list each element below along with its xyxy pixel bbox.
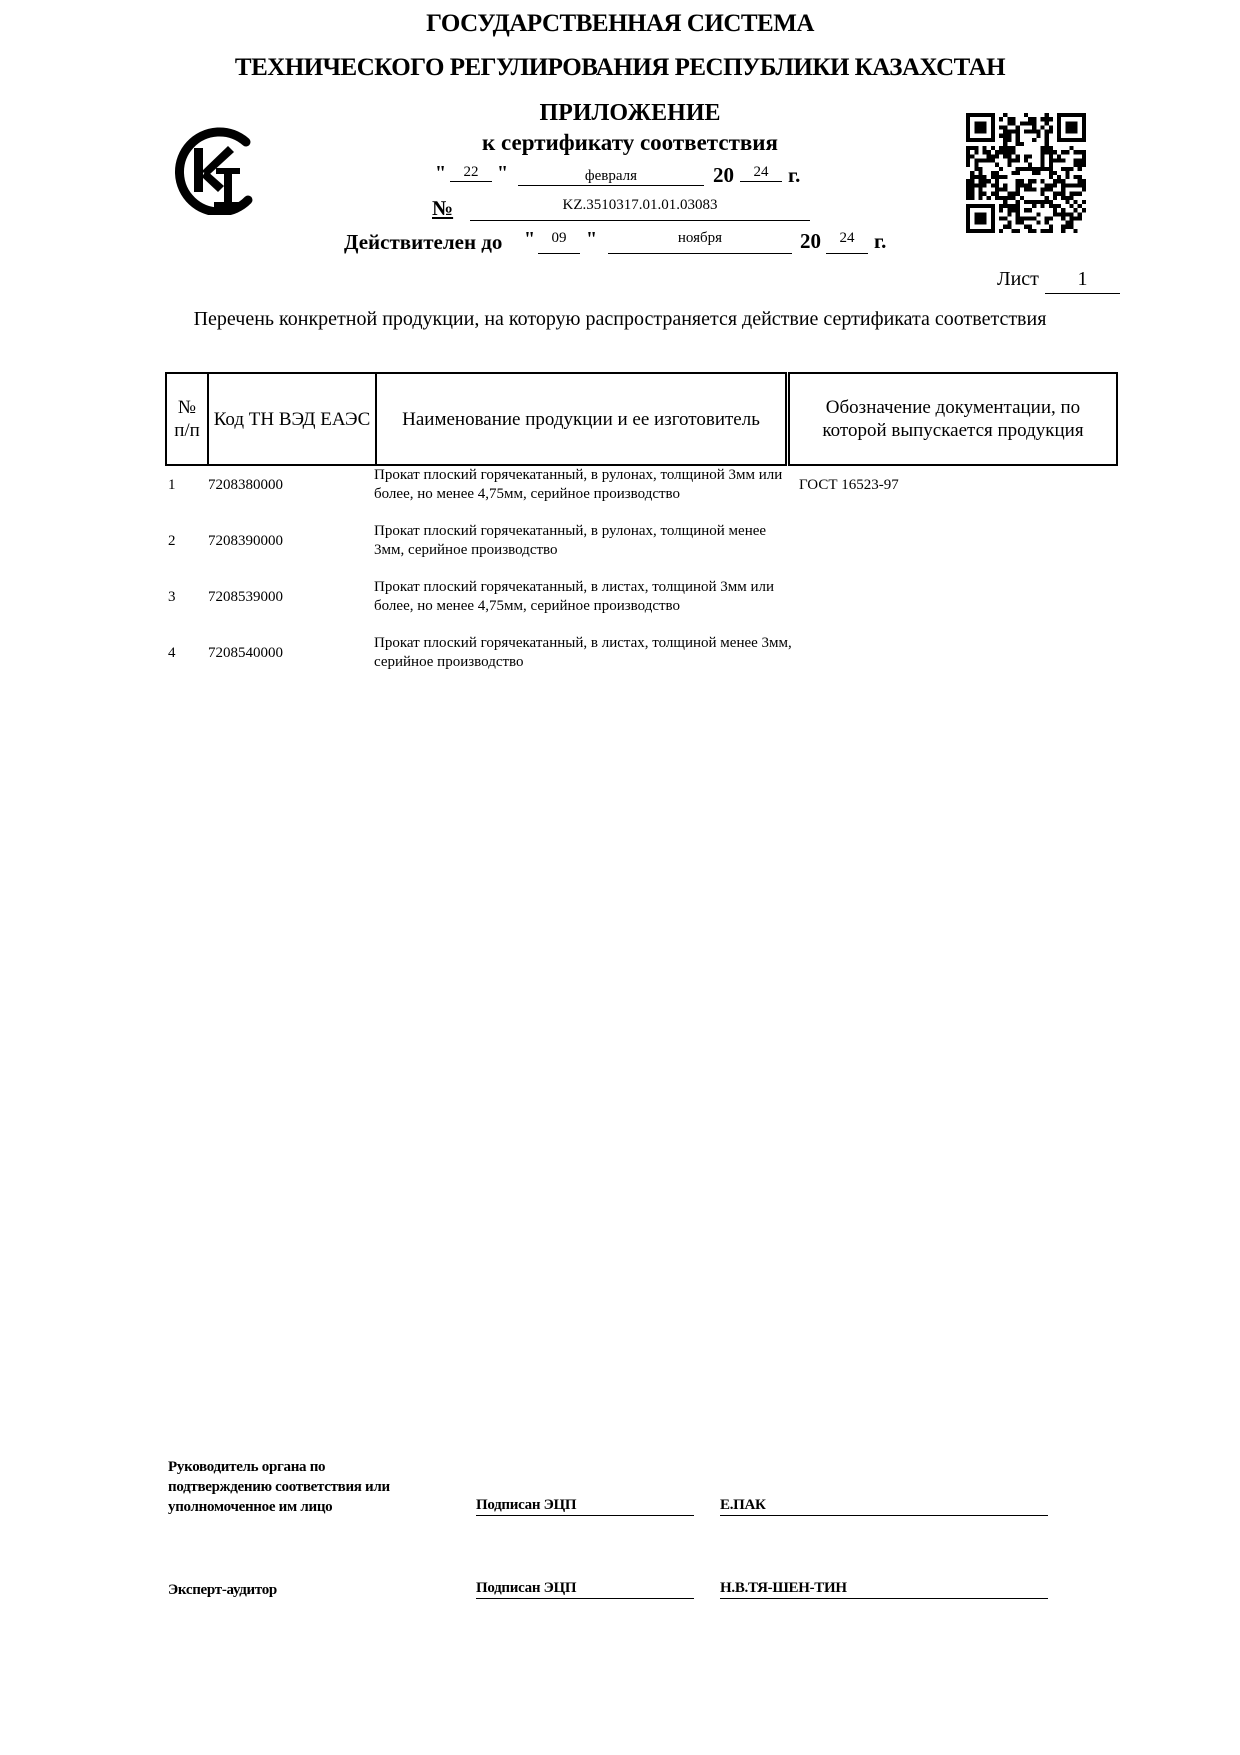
row-product-name: Прокат плоский горячекатанный, в листах,…: [374, 578, 794, 616]
quote-open: ": [435, 162, 446, 185]
row-number: 2: [168, 532, 176, 551]
valid-year: 24: [826, 230, 868, 254]
issue-year: 24: [740, 164, 782, 182]
quote-open-2: ": [524, 228, 535, 251]
row-number: 4: [168, 644, 176, 663]
qr-code-icon: [966, 113, 1086, 233]
issue-day: 22: [450, 164, 492, 182]
issue-month: февраля: [518, 168, 704, 186]
product-table-header: № п/п Код ТН ВЭД ЕАЭС Наименование проду…: [165, 372, 1118, 466]
sheet-label: Лист: [997, 268, 1039, 291]
col-header-documentation: Обозначение документации, по которой вып…: [788, 373, 1118, 465]
row-code: 7208380000: [208, 476, 283, 495]
row-number: 1: [168, 476, 176, 495]
header-line-2: ТЕХНИЧЕСКОГО РЕГУЛИРОВАНИЯ РЕСПУБЛИКИ КА…: [0, 54, 1240, 82]
row-code: 7208539000: [208, 588, 283, 607]
valid-day: 09: [538, 230, 580, 254]
signatory-1-signature: Подписан ЭЦП: [476, 1497, 694, 1516]
quote-close: ": [497, 162, 508, 185]
valid-century: 20: [800, 229, 821, 254]
appendix-subtitle: к сертификату соответствия: [430, 130, 830, 156]
valid-until-label: Действителен до: [344, 230, 502, 255]
row-product-name: Прокат плоский горячекатанный, в листах,…: [374, 634, 794, 672]
row-product-name: Прокат плоский горячекатанный, в рулонах…: [374, 466, 794, 504]
kz-conformity-mark-icon: [168, 120, 258, 215]
col-header-number: № п/п: [166, 373, 208, 465]
appendix-title: ПРИЛОЖЕНИЕ: [430, 100, 830, 127]
certificate-number: KZ.3510317.01.01.03083: [470, 197, 810, 221]
col-header-code: Код ТН ВЭД ЕАЭС: [208, 373, 376, 465]
sheet-number: 1: [1045, 268, 1120, 294]
signatory-1-name: Е.ПАК: [720, 1497, 1048, 1516]
valid-month: ноября: [608, 230, 792, 254]
signatory-2-signature: Подписан ЭЦП: [476, 1580, 694, 1599]
row-code: 7208390000: [208, 532, 283, 551]
row-number: 3: [168, 588, 176, 607]
row-code: 7208540000: [208, 644, 283, 663]
issue-suffix: г.: [788, 163, 800, 188]
row-documentation: ГОСТ 16523-97: [799, 476, 899, 495]
quote-close-2: ": [586, 228, 597, 251]
row-product-name: Прокат плоский горячекатанный, в рулонах…: [374, 522, 794, 560]
issue-century: 20: [713, 163, 734, 188]
valid-suffix: г.: [874, 229, 886, 254]
product-list-title: Перечень конкретной продукции, на котору…: [0, 308, 1240, 331]
signatory-2-name: Н.В.ТЯ-ШЕН-ТИН: [720, 1580, 1048, 1599]
number-label: №: [432, 196, 453, 221]
col-header-name: Наименование продукции и ее изготовитель: [376, 373, 788, 465]
signatory-1-role: Руководитель органа по подтверждению соо…: [168, 1457, 390, 1517]
header-line-1: ГОСУДАРСТВЕННАЯ СИСТЕМА: [0, 10, 1240, 38]
signatory-2-role: Эксперт-аудитор: [168, 1580, 277, 1600]
